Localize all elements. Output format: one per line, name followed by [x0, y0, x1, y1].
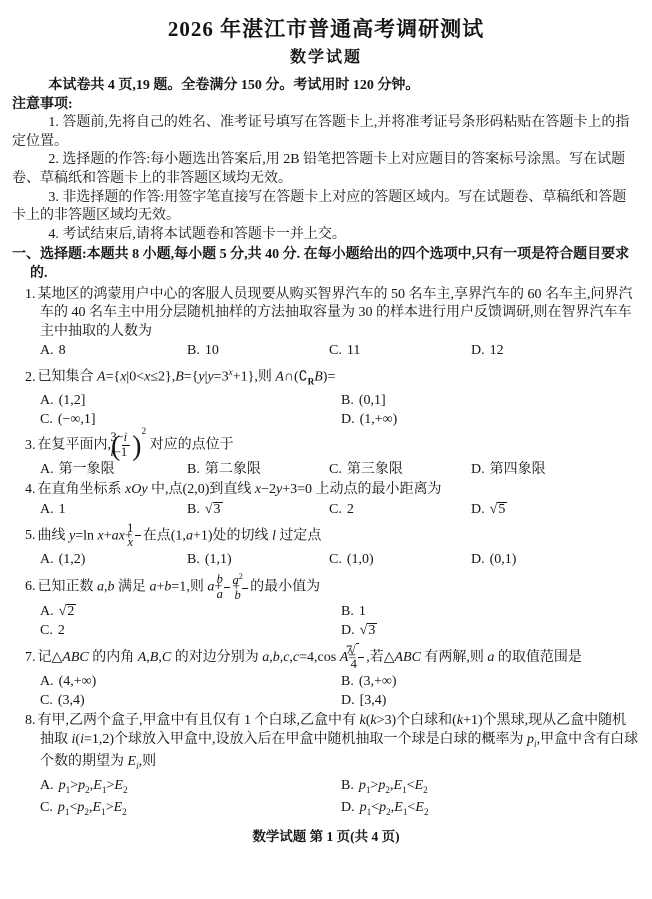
math-run: (3,+∞)	[359, 674, 397, 689]
option-D: D.(1,+∞)	[341, 411, 640, 430]
options: A.√2B.1C.2D.√3	[40, 603, 640, 640]
math-run: <E	[407, 778, 423, 793]
math-run: (1,0)	[347, 552, 374, 567]
math-run: >E	[106, 778, 122, 793]
option-label: D.	[471, 462, 485, 477]
fraction: 3−ii−1	[122, 431, 130, 460]
math-run: ,E	[89, 800, 101, 815]
option-C: C.(−∞,1]	[40, 411, 341, 430]
option-C: C.第三象限	[329, 461, 471, 480]
math-run: (1,+∞)	[360, 412, 398, 427]
math-run: A={x|0<x≤2},B={y|y=3	[97, 370, 229, 385]
math-run: 3−i	[110, 430, 127, 444]
numerator: 1	[135, 522, 141, 537]
math-run: (4,+∞)	[59, 674, 97, 689]
text-run: 的内角	[89, 650, 138, 665]
math-run: b	[235, 588, 241, 602]
text-run: 在直角坐标系	[38, 482, 126, 497]
math-run: x	[127, 535, 133, 549]
options: A.1B.√3C.2D.√5	[40, 501, 640, 520]
option-A: A.√2	[40, 603, 341, 622]
math-run: A∩(∁	[275, 370, 307, 385]
text-run: 过定点	[276, 528, 322, 543]
option-label: B.	[341, 778, 354, 793]
radical: √3	[205, 502, 223, 517]
math-run: a	[217, 587, 223, 601]
option-label: D.	[471, 343, 485, 358]
math-run: <E	[407, 800, 423, 815]
numerator: b	[224, 573, 230, 588]
text-run: 有两解,则	[421, 650, 488, 665]
fraction: a2b	[242, 572, 248, 603]
math-run: p	[360, 800, 367, 815]
radicand: 2	[66, 604, 76, 620]
exam-title: 2026 年湛江市普通高考调研测试	[12, 16, 640, 42]
option-label: A.	[40, 674, 54, 689]
radicand: 5	[497, 502, 507, 518]
exam-page: 2026 年湛江市普通高考调研测试 数学试题 本试卷共 4 页,19 题。全卷满…	[0, 0, 652, 899]
numerator: 3−i	[122, 431, 130, 446]
option-label: D.	[471, 502, 485, 517]
options: A.8B.10C.11D.12	[40, 342, 640, 361]
text-run: 已知集合	[38, 370, 98, 385]
page-footer: 数学试题 第 1 页(共 4 页)	[12, 828, 640, 847]
math-run: y=ln x+ax+	[69, 528, 133, 543]
math-run: E	[128, 754, 137, 769]
text-run: 个白球和	[396, 713, 452, 728]
question: 2.已知集合 A={x|0<x≤2},B={y|y=3x+1},则 A∩(∁RB…	[12, 363, 640, 429]
option-label: D.	[341, 412, 355, 427]
subscript: 2	[122, 807, 127, 817]
option-C: C.p1<p2,E1>E2	[40, 799, 341, 821]
question-number: 8.	[25, 713, 36, 728]
math-run: <p	[69, 800, 84, 815]
options: A.(1,2]B.(0,1]C.(−∞,1]D.(1,+∞)	[40, 392, 640, 429]
radical: √5	[490, 502, 508, 517]
math-run: ,E	[90, 778, 102, 793]
text-run: 已知正数	[38, 579, 98, 594]
text-run: 到直线	[209, 482, 255, 497]
option-label: A.	[40, 343, 54, 358]
option-label: D.	[341, 623, 355, 638]
exponent: 2	[141, 426, 146, 436]
math-run: ,E	[391, 800, 403, 815]
option-D: D.(0,1)	[471, 551, 640, 570]
option-label: A.	[40, 778, 54, 793]
option-label: A.	[40, 552, 54, 567]
option-B: B.1	[341, 603, 640, 622]
note-item: 4. 考试结束后,请将本试题卷和答题卡一并上交。	[12, 226, 640, 245]
text-run: 在复平面内,	[38, 438, 112, 453]
option-A: A.(1,2)	[40, 551, 187, 570]
math-run: ,E	[390, 778, 402, 793]
option-B: B.(1,1)	[187, 551, 329, 570]
math-run: (2,0)	[183, 482, 210, 497]
option-B: B.√3	[187, 501, 329, 520]
option-label: A.	[40, 393, 54, 408]
option-label: B.	[341, 604, 354, 619]
math-run: (1,2)	[59, 552, 86, 567]
notes-list: 1. 答题前,先将自己的姓名、准考证号填写在答题卡上,并将准考证号条形码粘贴在答…	[12, 114, 640, 244]
math-run: k(k>3)	[360, 713, 397, 728]
math-run: >p	[70, 778, 85, 793]
note-item: 1. 答题前,先将自己的姓名、准考证号填写在答题卡上,并将准考证号条形码粘贴在答…	[12, 114, 640, 151]
math-run: i(i=1,2)	[72, 732, 115, 747]
math-run: p	[58, 800, 65, 815]
option-C: C.(3,4)	[40, 692, 341, 711]
math-run: 10	[205, 343, 219, 358]
option-label: C.	[40, 800, 53, 815]
math-run: △ABC	[384, 650, 421, 665]
math-run: 4	[351, 657, 357, 671]
text-run: 曲线	[38, 528, 70, 543]
text-run: 有甲,乙两个盒子,甲盒中有且仅有 1 个白球,乙盒中有	[38, 713, 360, 728]
option-B: B.(3,+∞)	[341, 673, 640, 692]
math-run: 11	[347, 343, 360, 358]
option-label: D.	[341, 693, 355, 708]
questions-list: 1.某地区的鸿蒙用户中心的客服人员现要从购买智界汽车的 50 名车主,享界汽车的…	[12, 286, 640, 822]
option-A: A.1	[40, 501, 187, 520]
exam-info: 本试卷共 4 页,19 题。全卷满分 150 分。考试用时 120 分钟。	[12, 77, 640, 96]
math-run: p	[359, 778, 366, 793]
denominator: i−1	[122, 446, 130, 460]
notes-header: 注意事项:	[12, 96, 640, 115]
subscript: 2	[424, 807, 429, 817]
option-A: A.第一象限	[40, 461, 187, 480]
option-B: B.10	[187, 342, 329, 361]
option-label: B.	[187, 462, 200, 477]
math-run: >p	[370, 778, 385, 793]
option-A: A.8	[40, 342, 187, 361]
option-C: C.2	[40, 622, 341, 641]
text-run: 上动点的最小距离为	[312, 482, 442, 497]
math-run: a,b,c,c=4,cos A=	[262, 650, 356, 665]
text-run: 个球放入甲盒中,设放入后在甲盒中随机抽取一个球是白球的概率为	[114, 732, 527, 747]
math-run: 2	[58, 623, 65, 638]
numerator: √7	[358, 643, 364, 659]
option-label: C.	[40, 412, 53, 427]
math-run: (1,2]	[59, 393, 86, 408]
math-run: B)=	[314, 370, 335, 385]
option-label: B.	[341, 674, 354, 689]
option-label: C.	[329, 552, 342, 567]
option-D: D.12	[471, 342, 640, 361]
question: 1.某地区的鸿蒙用户中心的客服人员现要从购买智界汽车的 50 名车主,享界汽车的…	[12, 286, 640, 361]
question-number: 7.	[25, 650, 36, 665]
question-number: 6.	[25, 579, 36, 594]
math-run: i−1	[110, 445, 127, 459]
text-run: 的最小值为	[250, 579, 320, 594]
text-run: ,若	[366, 650, 384, 665]
math-run: (0,1)	[490, 552, 517, 567]
text-run: 对应的点位于	[146, 438, 234, 453]
denominator: b	[242, 589, 248, 603]
option-D: D.p1<p2,E1<E2	[341, 799, 640, 821]
option-label: B.	[187, 552, 200, 567]
denominator: a	[224, 588, 230, 602]
math-run: (1,a+1)	[171, 528, 213, 543]
math-run: 12	[490, 343, 504, 358]
fraction: √74	[358, 643, 364, 673]
text-run: 的对边分别为	[171, 650, 262, 665]
option-label: B.	[187, 343, 200, 358]
math-run: x−2y+3=0	[255, 482, 312, 497]
text-run: 某地区的鸿蒙用户中心的客服人员现要从购买智界汽车的 50 名车主,享界汽车的 6…	[38, 287, 633, 339]
radicand: 3	[367, 623, 377, 639]
option-label: D.	[341, 800, 355, 815]
option-D: D.[3,4)	[341, 692, 640, 711]
option-B: B.(0,1]	[341, 392, 640, 411]
question-number: 3.	[25, 438, 36, 453]
numerator: a2	[242, 572, 248, 589]
option-label: A.	[40, 502, 54, 517]
option-D: D.√5	[471, 501, 640, 520]
math-run: b	[217, 572, 223, 586]
option-label: C.	[40, 693, 53, 708]
option-B: B.第二象限	[187, 461, 329, 480]
radicand: 3	[213, 502, 223, 518]
math-run: 1	[59, 502, 66, 517]
text-run: 的取值范围是	[494, 650, 582, 665]
option-C: C.2	[329, 501, 471, 520]
radicand: 7	[356, 643, 359, 657]
math-run: a,b	[97, 579, 115, 594]
math-run: (k+1)	[452, 713, 482, 728]
options: A.(1,2)B.(1,1)C.(1,0)D.(0,1)	[40, 551, 640, 570]
option-B: B.p1>p2,E1<E2	[341, 777, 640, 799]
question-number: 4.	[25, 482, 36, 497]
math-run: (3,4)	[58, 693, 85, 708]
question: 6.已知正数 a,b 满足 a+b=1,则 a+ba+a2b的最小值为A.√2B…	[12, 572, 640, 641]
text-run: 满足	[115, 579, 150, 594]
fraction: 1x	[135, 522, 141, 551]
math-run: A,B,C	[138, 650, 171, 665]
options: A.(4,+∞)B.(3,+∞)C.(3,4)D.[3,4)	[40, 673, 640, 710]
denominator: x	[135, 536, 141, 550]
note-item: 2. 选择题的作答:每小题选出答案后,用 2B 铅笔把答题卡上对应题目的答案标号…	[12, 151, 640, 188]
option-label: C.	[329, 502, 342, 517]
question-number: 5.	[25, 528, 36, 543]
text-run: ,则	[139, 754, 157, 769]
text-run: 处的切线	[213, 528, 273, 543]
text-run: 中,点	[148, 482, 183, 497]
math-run: 2	[347, 502, 354, 517]
math-run: 1	[359, 604, 366, 619]
option-label: C.	[329, 343, 342, 358]
math-run: >E	[106, 800, 122, 815]
text-run: 第三象限	[347, 462, 403, 477]
math-run: △ABC	[52, 650, 89, 665]
option-label: A.	[40, 604, 54, 619]
option-A: A.(1,2]	[40, 392, 341, 411]
paren-group: (3−ii−1)2	[111, 438, 146, 453]
subscript: 2	[123, 784, 128, 794]
subscript: 2	[423, 784, 428, 794]
math-run: 1	[127, 521, 133, 535]
math-run: (0,1]	[359, 393, 386, 408]
text-run: 在点	[143, 528, 171, 543]
text-run: 第四象限	[490, 462, 546, 477]
note-item: 3. 非选择题的作答:用签字笔直接写在答题卡上对应的答题区域内。写在试题卷、草稿…	[12, 189, 640, 226]
options: A.p1>p2,E1>E2B.p1>p2,E1<E2C.p1<p2,E1>E2D…	[40, 777, 640, 822]
math-run: 8	[59, 343, 66, 358]
option-C: C.11	[329, 342, 471, 361]
text-run: 第一象限	[59, 462, 115, 477]
math-run: (−∞,1]	[58, 412, 96, 427]
superscript: 2	[239, 572, 243, 581]
denominator: 4	[358, 658, 364, 672]
option-C: C.(1,0)	[329, 551, 471, 570]
exam-subtitle: 数学试题	[12, 48, 640, 68]
text-run: ,则	[186, 579, 207, 594]
math-run: xOy	[125, 482, 148, 497]
option-D: D.√3	[341, 622, 640, 641]
fraction: ba	[224, 573, 230, 602]
option-A: A.(4,+∞)	[40, 673, 341, 692]
question: 3.在复平面内,(3−ii−1)2 对应的点位于A.第一象限B.第二象限C.第三…	[12, 431, 640, 479]
question-number: 1.	[25, 287, 36, 302]
text-run: 记	[38, 650, 52, 665]
question: 5.曲线 y=ln x+ax+1x在点(1,a+1)处的切线 l 过定点A.(1…	[12, 522, 640, 570]
option-label: C.	[40, 623, 53, 638]
radical: √7	[349, 643, 359, 657]
math-run: p	[527, 732, 534, 747]
option-label: A.	[40, 462, 54, 477]
radical: √2	[59, 604, 77, 619]
option-label: C.	[329, 462, 342, 477]
math-run: [3,4)	[360, 693, 387, 708]
question: 4.在直角坐标系 xOy 中,点(2,0)到直线 x−2y+3=0 上动点的最小…	[12, 481, 640, 519]
text-run: ,则	[254, 370, 275, 385]
question: 7.记△ABC 的内角 A,B,C 的对边分别为 a,b,c,c=4,cos A…	[12, 643, 640, 711]
option-label: B.	[187, 502, 200, 517]
section-header: 一、选择题:本题共 8 小题,每小题 5 分,共 40 分. 在每小题给出的四个…	[12, 246, 640, 283]
math-run: <p	[371, 800, 386, 815]
radical: √3	[360, 623, 378, 638]
options: A.第一象限B.第二象限C.第三象限D.第四象限	[40, 461, 640, 480]
question: 8.有甲,乙两个盒子,甲盒中有且仅有 1 个白球,乙盒中有 k(k>3)个白球和…	[12, 712, 640, 821]
math-run: +1}	[233, 370, 255, 385]
math-run: p	[59, 778, 66, 793]
question-number: 2.	[25, 370, 36, 385]
text-run: 第二象限	[205, 462, 261, 477]
math-run: a+b=1	[150, 579, 187, 594]
option-A: A.p1>p2,E1>E2	[40, 777, 341, 799]
option-D: D.第四象限	[471, 461, 640, 480]
option-label: B.	[341, 393, 354, 408]
math-run: (1,1)	[205, 552, 232, 567]
option-label: D.	[471, 552, 485, 567]
